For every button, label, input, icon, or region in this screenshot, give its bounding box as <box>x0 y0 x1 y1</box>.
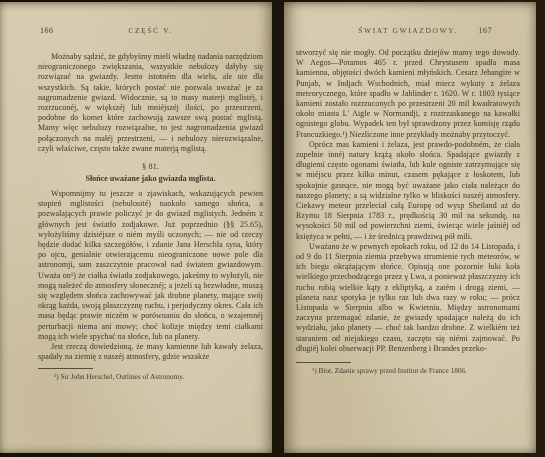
section-title: Słońce uważane jako gwiazda mglista. <box>38 174 263 183</box>
footnote-rule <box>38 368 93 369</box>
paragraph: Jest rzeczą dowiedzioną, że masy kamienn… <box>38 342 263 362</box>
paragraph: Uważano że w pewnych epokach roku, od 12… <box>296 242 520 354</box>
paragraph: utworzyć się nie mogły. Od początku dzie… <box>296 48 520 140</box>
footnote: ¹) Sir John Herschel, Outlines of Astron… <box>38 372 263 381</box>
book-binding-gutter <box>258 0 288 457</box>
right-page-number: 167 <box>479 26 493 35</box>
left-page-header: 166 CZĘŚĆ V. <box>38 26 263 38</box>
left-page-number: 166 <box>40 26 54 35</box>
right-page-body: utworzyć się nie mogły. Od początku dzie… <box>296 48 520 354</box>
paragraph: Wspomnijmy tu jeszcze o zjawiskach, wska… <box>38 189 263 342</box>
book-scan: 166 CZĘŚĆ V. Możnaby sądzić, że gdybyśmy… <box>0 0 545 457</box>
right-page: ŚWIAT GWIAZDOWY. 167 utworzyć się nie mo… <box>284 2 536 453</box>
footnote: ¹) Biot. Zdanie sprawy przed Institut de… <box>296 366 520 375</box>
left-page: 166 CZĘŚĆ V. Możnaby sądzić, że gdybyśmy… <box>0 2 272 453</box>
left-page-body: Możnaby sądzić, że gdybyśmy mieli władzę… <box>38 52 263 362</box>
paragraph: Oprócz mas kamieni i żelaza, jest prawdo… <box>296 140 520 242</box>
paragraph: Możnaby sądzić, że gdybyśmy mieli władzę… <box>38 52 263 154</box>
left-running-header: CZĘŚĆ V. <box>38 26 263 35</box>
footnote-rule <box>296 362 351 363</box>
left-footnote-block: ¹) Sir John Herschel, Outlines of Astron… <box>38 368 263 381</box>
section-number: § 81. <box>38 161 263 171</box>
right-page-header: ŚWIAT GWIAZDOWY. 167 <box>296 26 520 38</box>
right-footnote-block: ¹) Biot. Zdanie sprawy przed Institut de… <box>296 362 520 375</box>
